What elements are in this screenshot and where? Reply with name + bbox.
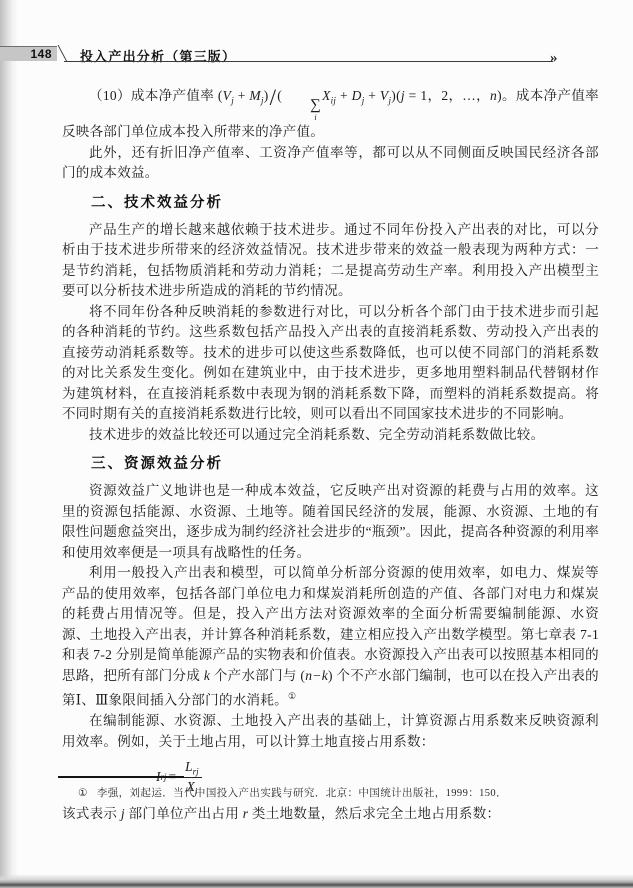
paragraph-tech-3: 技术进步的效益比较还可以通过完全消耗系数、完全劳动消耗系数做比较。: [62, 425, 599, 446]
math-paren: ): [264, 88, 269, 103]
text-run: 类土地数量，然后求完全土地占用系数：: [248, 806, 500, 821]
footnote-text: 李强，刘起运．当代中国投入产出实践与研究．北京：中国统计出版社，1999：150…: [97, 787, 507, 801]
page-bottom-shadow: [0, 874, 633, 888]
header-rule: [64, 61, 553, 62]
paragraph-tech-1: 产品生产的增长越来越依赖于技术进步。通过不同年份投入产出表的对比，可以分析由于技…: [62, 220, 599, 302]
page-number-box: 148: [0, 46, 57, 61]
math-var: V: [223, 88, 232, 103]
page-body: （10）成本净产值率 (Vj + Mj)/(∑iXij + Dj + Vj)(j…: [62, 86, 599, 824]
paragraph-land-explanation: 该式表示 j 部门单位产出占用 r 类土地数量，然后求完全土地占用系数：: [62, 804, 599, 825]
page-header: 148 投入产出分析（第三版） »: [0, 46, 633, 64]
paragraph-cost-net-output-ratio: （10）成本净产值率 (Vj + Mj)/(∑iXij + Dj + Vj)(j…: [62, 86, 599, 143]
footnote-block: ① 李强，刘起运．当代中国投入产出实践与研究．北京：中国统计出版社，1999：1…: [58, 776, 558, 801]
page-left-shadow: [0, 0, 18, 888]
footnote-line: ① 李强，刘起运．当代中国投入产出实践与研究．北京：中国统计出版社，1999：1…: [58, 787, 558, 801]
text-run: 利用一般投入产出表和模型，可以简单分析部分资源的使用效率，如电力、煤炭等产品的使…: [62, 565, 599, 683]
math-op: +: [234, 88, 249, 103]
text-run: 部门单位产出占用: [125, 806, 243, 821]
footnote-marker-ref: ①: [288, 691, 296, 701]
double-chevron-icon: »: [550, 51, 558, 66]
math-paren: )(: [391, 88, 401, 103]
book-title: 投入产出分析（第三版）: [80, 46, 236, 65]
book-page: 148 投入产出分析（第三版） » （10）成本净产值率 (Vj + Mj)/(…: [0, 0, 633, 888]
math-var: X: [322, 88, 331, 103]
text-run: 个产水部门与 (: [210, 668, 305, 683]
math-var: n−k: [305, 668, 328, 683]
math-op: +: [365, 88, 380, 103]
paragraph-resource-1: 资源效益广义地讲也是一种成本效益，它反映产出对资源的耗费与占用的效率。这里的资源…: [62, 481, 599, 563]
text-run: 该式表示: [62, 806, 121, 821]
paragraph-tech-2: 将不同年份各种反映消耗的参数进行对比，可以分析各个部门由于技术进步而引起的各种消…: [62, 302, 599, 425]
math-op: +: [336, 88, 351, 103]
footnote-separator-rule: [58, 776, 184, 778]
section-heading-tech-benefit: 二、技术效益分析: [62, 193, 599, 213]
paragraph-other-ratios: 此外，还有折旧净产值率、工资净产值率等，都可以从不同侧面反映国民经济各部门的成本…: [62, 143, 599, 184]
header-diagonal-rule: [57, 45, 68, 62]
paragraph-resource-2: 利用一般投入产出表和模型，可以简单分析部分资源的使用效率，如电力、煤炭等产品的使…: [62, 563, 599, 711]
footnote-marker: ①: [78, 787, 88, 801]
paragraph-resource-3: 在编制能源、水资源、土地投入产出表的基础上，计算资源占用系数来反映资源利用效率。…: [62, 711, 599, 752]
math-big-slash: /: [269, 85, 278, 110]
math-var: M: [249, 88, 261, 103]
summation-symbol: ∑i: [282, 98, 322, 122]
page-number: 148: [30, 47, 52, 61]
math-var: D: [352, 88, 362, 103]
text-run: （10）成本净产值率 (: [89, 88, 223, 103]
section-heading-resource-benefit: 三、资源效益分析: [62, 454, 599, 474]
math-domain: = 1，2，…，: [405, 88, 490, 103]
